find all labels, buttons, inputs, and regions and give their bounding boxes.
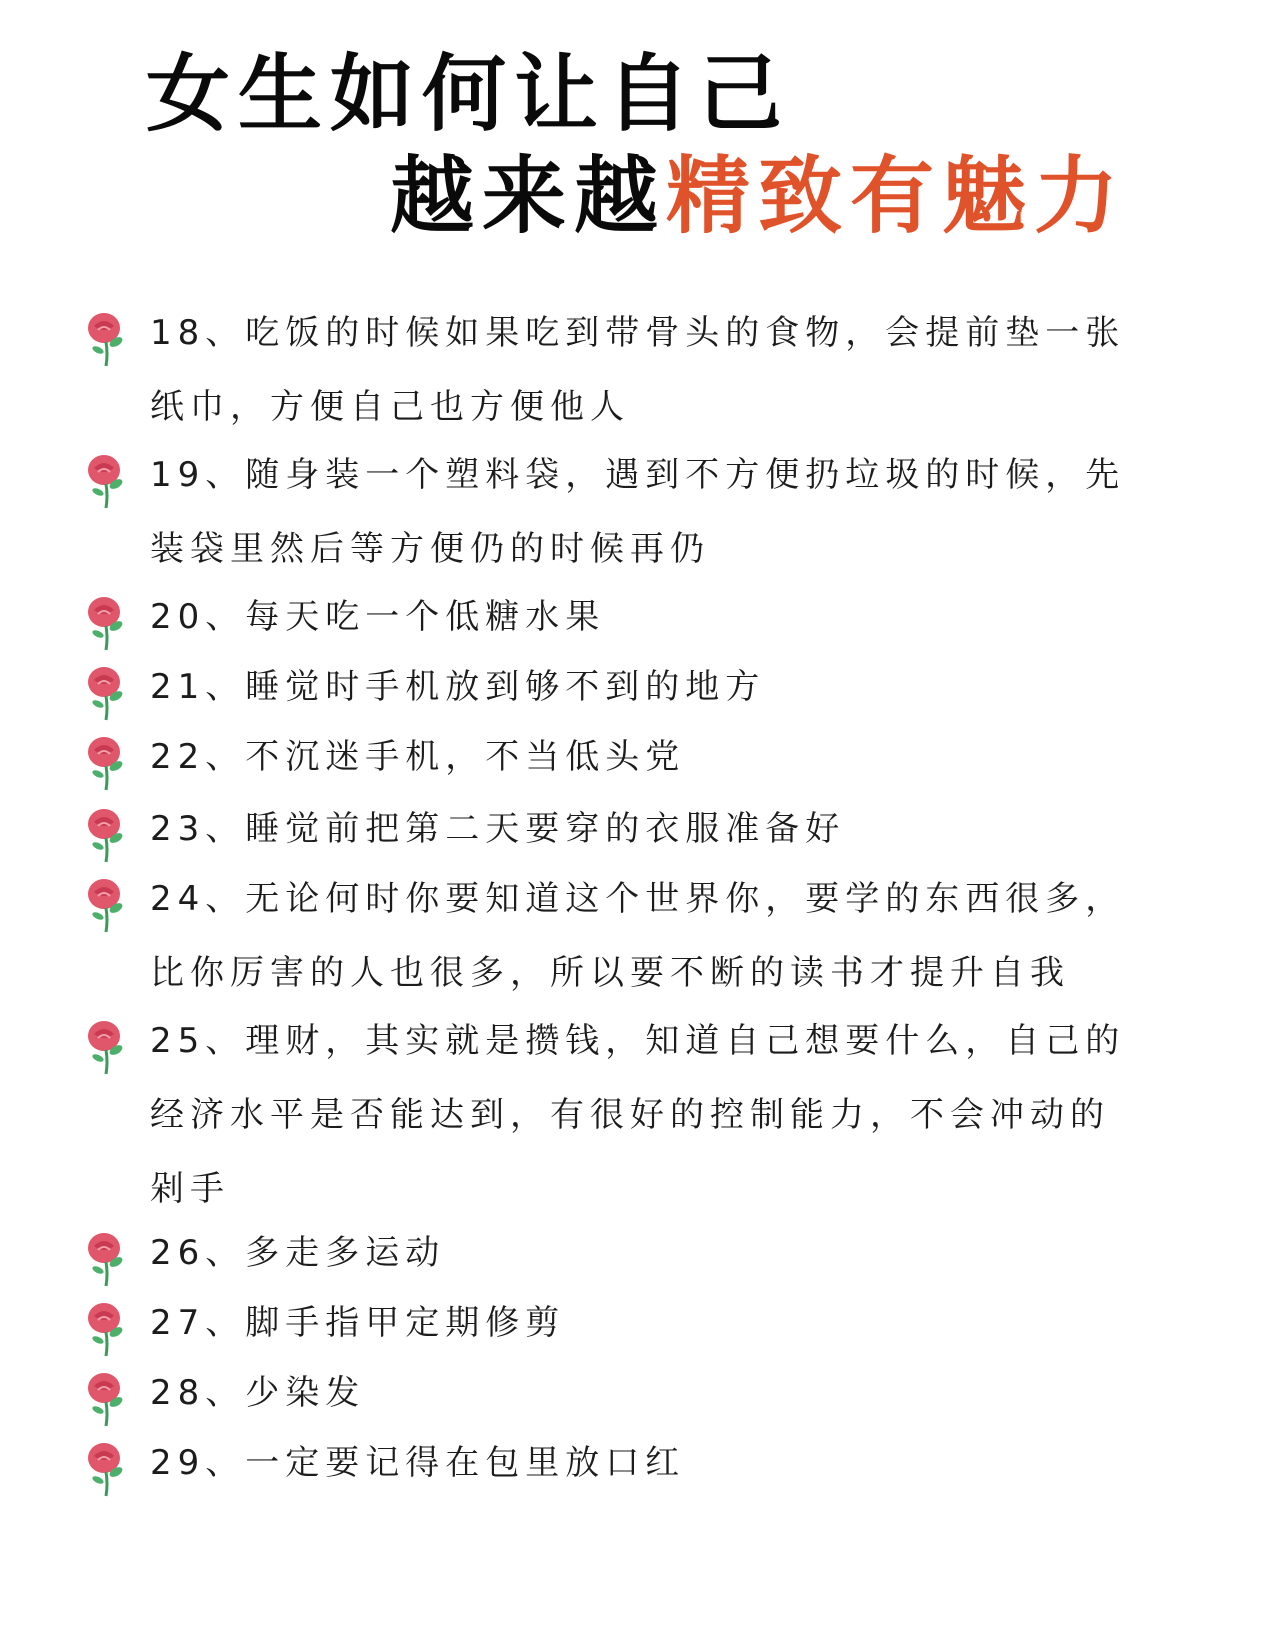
list-item-line: 经济水平是否能达到，有很好的控制能力，不会冲动的 [150,1078,1150,1152]
list-item-text: 22、不沉迷手机，不当低头党 [150,720,1150,794]
list-item-line: 29、一定要记得在包里放口红 [150,1426,1150,1500]
list-item-line: 装袋里然后等方便仍的时候再仍 [150,512,1150,586]
list-item-text: 21、睡觉时手机放到够不到的地方 [150,650,1150,724]
list-item-line: 剁手 [150,1152,1150,1226]
list-item-text: 18、吃饭的时候如果吃到带骨头的食物，会提前垫一张纸巾，方便自己也方便他人 [150,296,1150,444]
list-item-text: 26、多走多运动 [150,1216,1150,1290]
rose-icon [84,1438,128,1498]
title-line-1: 女生如何让自己 [146,44,790,144]
rose-icon [84,1016,128,1076]
title-line-2-accent: 精致有魅力 [666,147,1126,245]
rose-icon [84,732,128,792]
list-item-text: 27、脚手指甲定期修剪 [150,1286,1150,1360]
list-item-line: 22、不沉迷手机，不当低头党 [150,720,1150,794]
rose-icon [84,592,128,652]
list-item-line: 比你厉害的人也很多，所以要不断的读书才提升自我 [150,936,1150,1010]
list-item-line: 26、多走多运动 [150,1216,1150,1290]
rose-icon [84,1368,128,1428]
list-item-line: 18、吃饭的时候如果吃到带骨头的食物，会提前垫一张 [150,296,1150,370]
list-item-text: 23、睡觉前把第二天要穿的衣服准备好 [150,792,1150,866]
list-item-text: 20、每天吃一个低糖水果 [150,580,1150,654]
list-item-text: 25、理财，其实就是攒钱，知道自己想要什么，自己的经济水平是否能达到，有很好的控… [150,1004,1150,1226]
title-line-2-dark: 越来越 [390,147,666,245]
rose-icon [84,308,128,368]
rose-icon [84,874,128,934]
list-item-line: 27、脚手指甲定期修剪 [150,1286,1150,1360]
list-item-text: 19、随身装一个塑料袋，遇到不方便扔垃圾的时候，先装袋里然后等方便仍的时候再仍 [150,438,1150,586]
list-item-line: 25、理财，其实就是攒钱，知道自己想要什么，自己的 [150,1004,1150,1078]
list-item-line: 24、无论何时你要知道这个世界你，要学的东西很多， [150,862,1150,936]
list-item-line: 21、睡觉时手机放到够不到的地方 [150,650,1150,724]
list-item-line: 纸巾，方便自己也方便他人 [150,370,1150,444]
list-item-line: 20、每天吃一个低糖水果 [150,580,1150,654]
list-item-line: 28、少染发 [150,1356,1150,1430]
list-item-line: 19、随身装一个塑料袋，遇到不方便扔垃圾的时候，先 [150,438,1150,512]
rose-icon [84,1298,128,1358]
list-item-text: 28、少染发 [150,1356,1150,1430]
list-item-line: 23、睡觉前把第二天要穿的衣服准备好 [150,792,1150,866]
list-item-text: 24、无论何时你要知道这个世界你，要学的东西很多，比你厉害的人也很多，所以要不断… [150,862,1150,1010]
list-item-text: 29、一定要记得在包里放口红 [150,1426,1150,1500]
rose-icon [84,450,128,510]
title-line-2: 越来越精致有魅力 [390,146,1126,246]
rose-icon [84,804,128,864]
rose-icon [84,1228,128,1288]
rose-icon [84,662,128,722]
